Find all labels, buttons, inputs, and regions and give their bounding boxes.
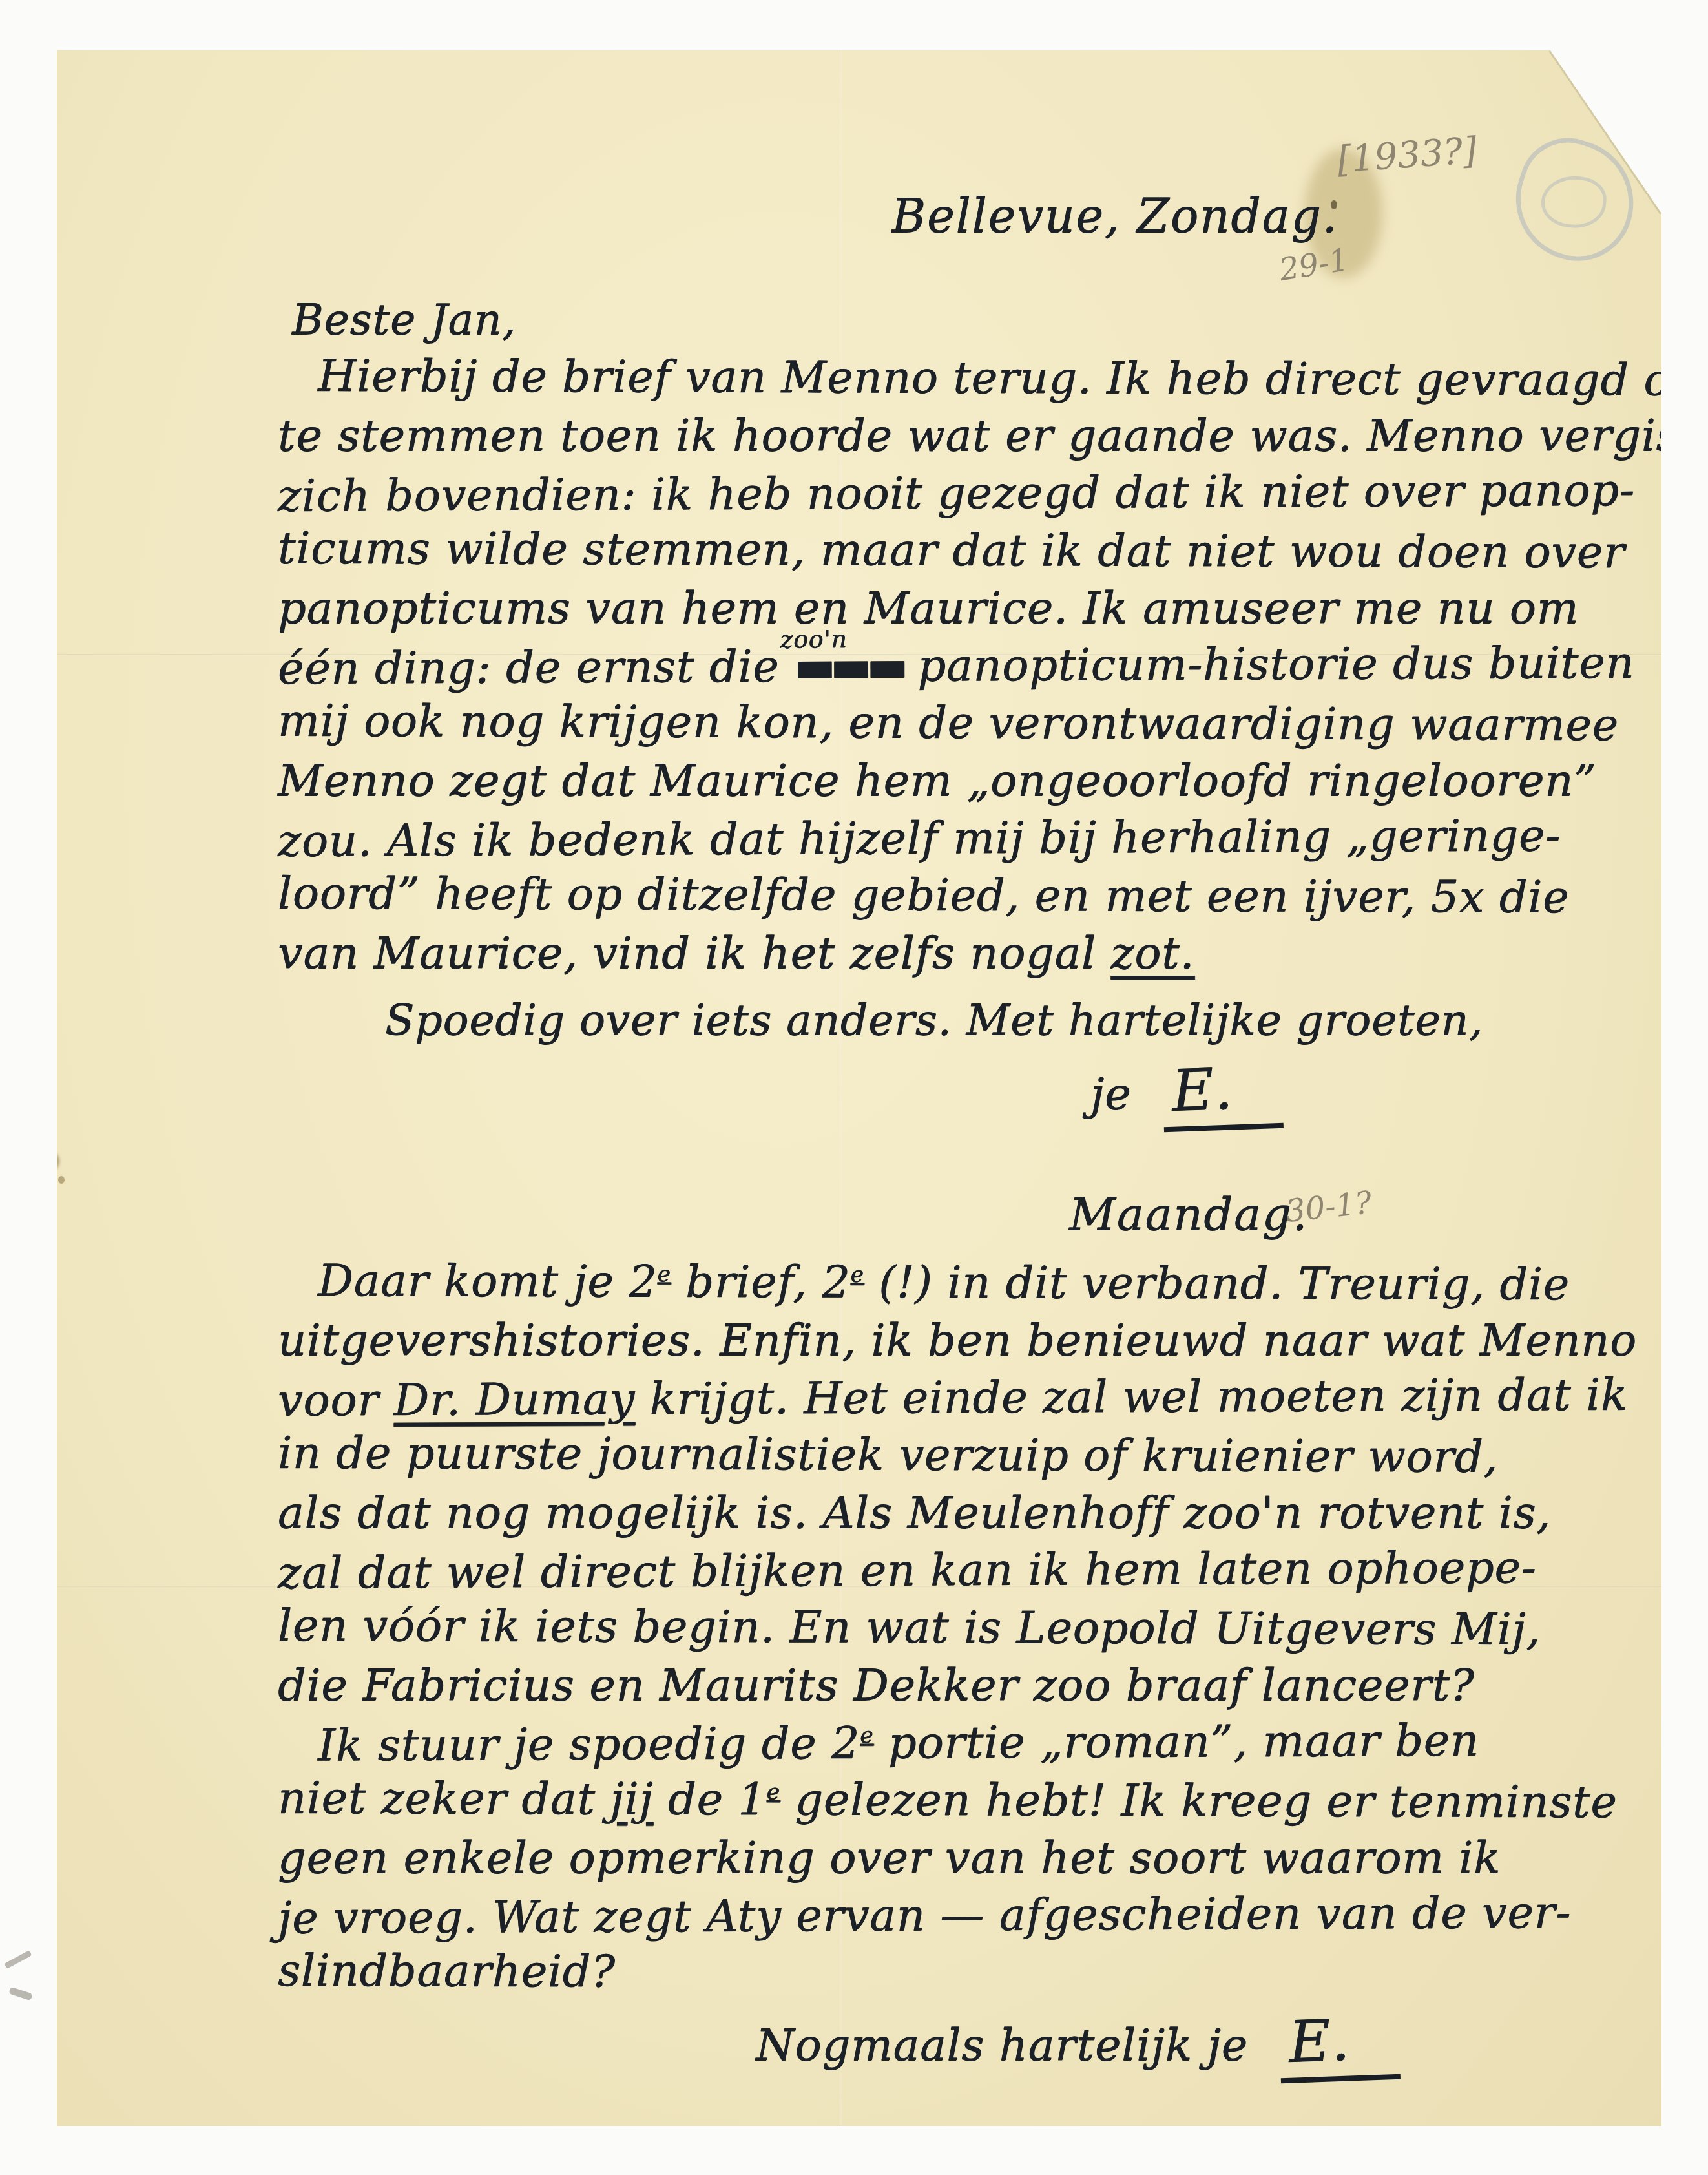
segment-text: Hierbij de brief van Menno terug. Ik heb… xyxy=(318,351,1708,406)
segment-text: panopticum-historie dus buiten xyxy=(902,638,1634,692)
letter-line: geen enkele opmerking over van het soort… xyxy=(278,1833,1637,1890)
segment-text: loord” heeft op ditzelfde gebied, en met… xyxy=(278,868,1570,923)
segment-text: één ding: de ernst die xyxy=(278,641,794,694)
letter-line: len vóór ik iets begin. En wat is Leopol… xyxy=(278,1601,1637,1663)
letter-line: panopticums van hem en Maurice. Ik amuse… xyxy=(278,583,1708,640)
letter-line: ticums wilde stemmen, maar dat ik dat ni… xyxy=(278,523,1708,585)
segment-u: jij xyxy=(610,1774,653,1825)
segment-text: Menno zegt dat Maurice hem „ongeoorloofd… xyxy=(278,755,1597,806)
dateline: Bellevue, Zondag. xyxy=(891,189,1338,243)
segment-text: die Fabricius en Maurits Dekker zoo braa… xyxy=(278,1660,1475,1711)
segment-text: van Maurice, vind ik het zelfs nogal xyxy=(278,928,1110,979)
closing-monday: Nogmaals hartelijk je xyxy=(756,2020,1248,2071)
segment-text: geen enkele opmerking over van het soort… xyxy=(278,1833,1501,1884)
letter-line: Ik stuur je spoedig de 2e portie „roman”… xyxy=(278,1714,1637,1778)
closing-sunday: Spoedig over iets anders. Met hartelijke… xyxy=(385,995,1483,1045)
segment-text: de 1 xyxy=(653,1774,767,1826)
letter-line: Menno zegt dat Maurice hem „ongeoorloofd… xyxy=(278,755,1708,813)
segment-text: Daar komt je 2 xyxy=(318,1256,658,1308)
segment-text: slindbaarheid? xyxy=(278,1946,616,1998)
segment-text: als dat nog mogelijk is. Als Meulenhoff … xyxy=(278,1487,1551,1539)
letter-line: te stemmen toen ik hoorde wat er gaande … xyxy=(278,410,1708,468)
segment-text: voor xyxy=(278,1375,394,1427)
letter-line: in de puurste journalistiek verzuip of k… xyxy=(278,1428,1637,1490)
segment-text: niet zeker dat xyxy=(278,1773,610,1825)
segment-sup: e xyxy=(860,1723,873,1749)
letter-line: zal dat wel direct blijken en kan ik hem… xyxy=(278,1542,1637,1605)
letter-line: één ding: de ernst die ▬▬▬zoo'n panoptic… xyxy=(278,637,1708,701)
letter-line: mij ook nog krijgen kon, en de verontwaa… xyxy=(278,696,1708,758)
segment-text: Ik stuur je spoedig de 2 xyxy=(318,1718,860,1772)
salutation: Beste Jan, xyxy=(292,295,516,344)
letter-line: Daar komt je 2e brief, 2e (!) in dit ver… xyxy=(278,1256,1637,1318)
segment-text: portie „roman”, maar ben xyxy=(873,1715,1479,1769)
segment-sup: e xyxy=(851,1262,864,1288)
segment-text: zal dat wel direct blijken en kan ik hem… xyxy=(278,1542,1537,1599)
letter-line: je vroeg. Wat zegt Aty ervan — afgeschei… xyxy=(278,1887,1637,1950)
letter-line: uitgevershistories. Enfin, ik ben benieu… xyxy=(278,1315,1637,1372)
segment-text: in de puurste journalistiek verzuip of k… xyxy=(278,1428,1498,1483)
blue-pencil-scribble xyxy=(1500,125,1650,275)
signature-prefix: je xyxy=(1090,1069,1131,1120)
segment-text: je vroeg. Wat zegt Aty ervan — afgeschei… xyxy=(278,1887,1571,1944)
segment-sup: e xyxy=(767,1779,780,1805)
signature-sunday: je E. xyxy=(1090,1056,1282,1130)
segment-text: (!) in dit verband. Treurig, die xyxy=(864,1257,1570,1310)
segment-u: Dr. Dumay xyxy=(393,1374,635,1426)
letter-line: zich bovendien: ik heb nooit gezegd dat … xyxy=(278,465,1708,529)
segment-sup: e xyxy=(657,1261,671,1287)
segment-text: te stemmen toen ik hoorde wat er gaande … xyxy=(278,410,1698,461)
letter-line: van Maurice, vind ik het zelfs nogal zot… xyxy=(278,928,1708,985)
pencil-smudge-background xyxy=(4,1950,32,1969)
pencil-smudge-background xyxy=(8,1987,33,2001)
letter-line: als dat nog mogelijk is. Als Meulenhoff … xyxy=(278,1487,1637,1545)
pencil-year-annotation: [1933?] xyxy=(1336,130,1478,182)
segment-u: zot. xyxy=(1110,928,1194,979)
segment-text: krijgt. Het einde zal wel moeten zijn da… xyxy=(635,1369,1628,1425)
signature-monday: Nogmaals hartelijk je E. xyxy=(756,2007,1399,2081)
letter-line: loord” heeft op ditzelfde gebied, en met… xyxy=(278,868,1708,930)
signature-initial: E. xyxy=(1161,1054,1284,1132)
pencil-date-annotation: 29-1 xyxy=(1276,242,1351,288)
blue-pencil-scribble xyxy=(1539,173,1609,231)
monday-heading: Maandag. xyxy=(1069,1188,1308,1241)
segment-text: brief, 2 xyxy=(671,1257,851,1308)
segment-text: ticums wilde stemmen, maar dat ik dat ni… xyxy=(278,523,1625,579)
segment-text: uitgevershistories. Enfin, ik ben benieu… xyxy=(278,1315,1637,1366)
letter-page: Bellevue, Zondag. 29-1 [1933?] Beste Jan… xyxy=(57,50,1661,2126)
letter-line: zou. Als ik bedenk dat hijzelf mij bij h… xyxy=(278,810,1708,874)
letter-line: slindbaarheid? xyxy=(278,1946,1637,2008)
letter-body-monday: Daar komt je 2e brief, 2e (!) in dit ver… xyxy=(278,1257,1637,2005)
segment-text: mij ook nog krijgen kon, en de verontwaa… xyxy=(278,696,1619,751)
segment-text: gelezen hebt! Ik kreeg er tenminste xyxy=(780,1774,1618,1828)
segment-text: zich bovendien: ik heb nooit gezegd dat … xyxy=(278,465,1635,522)
letter-line: voor Dr. Dumay krijgt. Het einde zal wel… xyxy=(278,1369,1637,1433)
paper-stain xyxy=(58,1176,65,1184)
letter-line: niet zeker dat jij de 1e gelezen hebt! I… xyxy=(278,1773,1637,1835)
segment-text: panopticums van hem en Maurice. Ik amuse… xyxy=(278,583,1579,634)
paper-stain xyxy=(47,1153,59,1170)
segment-text: zou. Als ik bedenk dat hijzelf mij bij h… xyxy=(278,810,1561,867)
letter-line: Hierbij de brief van Menno terug. Ik heb… xyxy=(278,351,1708,413)
letter-line: die Fabricius en Maurits Dekker zoo braa… xyxy=(278,1660,1637,1718)
signature-initial: E. xyxy=(1278,2005,1401,2083)
letter-body-sunday: Hierbij de brief van Menno terug. Ik heb… xyxy=(278,353,1708,985)
segment-text: len vóór ik iets begin. En wat is Leopol… xyxy=(278,1601,1541,1655)
